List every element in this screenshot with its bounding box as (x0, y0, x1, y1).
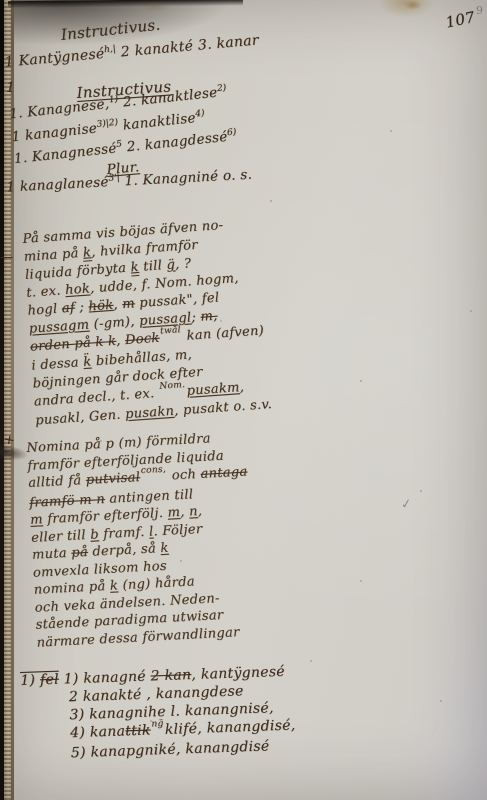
manuscript-photo: 107 9 Instructivus. 1 Kantÿgneséh,| 2 ka… (0, 0, 487, 800)
bottom-paradigm-list: 1) fel 1) kanagné 2 kan, kantÿgnesé 2 ka… (20, 662, 297, 763)
paper-stain (404, 0, 422, 10)
paper-stain (140, 2, 170, 12)
pencil-check-mark: ✓ (400, 496, 413, 512)
paragraph-2: Nomina på p (m) förmildra framför efterf… (26, 429, 256, 652)
paragraph-1: På samma vis böjas äfven no- mina på k, … (22, 214, 273, 430)
stray-numeral: 1 (6, 80, 15, 96)
pencil-mark: 9 (476, 4, 483, 17)
margin-dash: — (0, 250, 13, 265)
